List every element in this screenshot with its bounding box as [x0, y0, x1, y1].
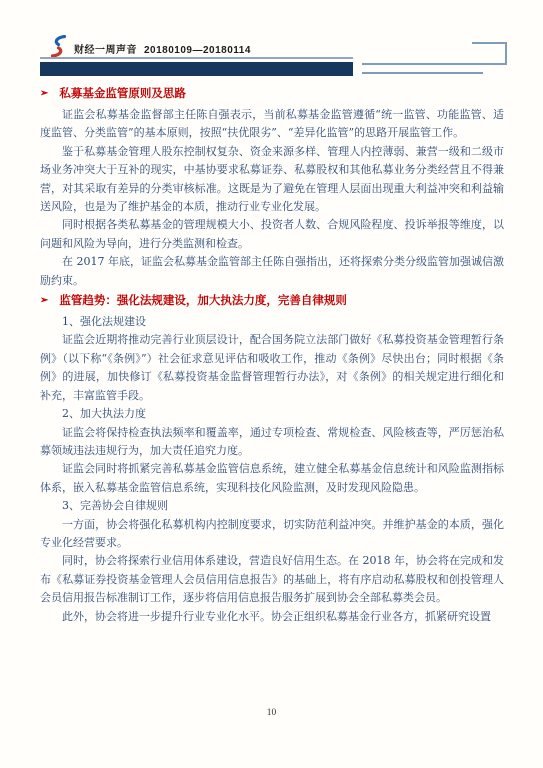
header-rule [40, 57, 353, 59]
section-heading-text: 监管趋势：强化法规建设，加大执法力度，完善自律规则 [59, 291, 347, 310]
arrow-bullet-icon: ➢ [40, 84, 48, 103]
paragraph: 一方面，协会将强化私募机构内控制度要求，切实防范利益冲突。并维护基金的本质，强化… [40, 516, 504, 553]
brand-s-logo-icon [48, 35, 68, 58]
paragraph: 鉴于私募基金管理人股东控制权复杂、资金来源多样、管理人内控薄弱、兼营一级和二级市… [40, 143, 504, 217]
arrow-bullet-icon: ➢ [40, 291, 48, 310]
section-heading-text: 私募基金监管原则及思路 [59, 84, 186, 103]
decor-line-mid [362, 63, 507, 65]
section-heading: ➢ 私募基金监管原则及思路 [40, 84, 504, 104]
document-body: ➢ 私募基金监管原则及思路 证监会私募基金监督部主任陈自强表示，当前私募基金监管… [40, 83, 504, 705]
issue-date-range: 20180109—20180114 [144, 45, 251, 56]
paragraph: 证监会将保持检查执法频率和覆盖率，通过专项检查、常规检查、风险核查等，严厉惩治私… [40, 424, 504, 461]
header-navy-bar [40, 62, 353, 76]
header: 财经一周声音 20180109—20180114 [48, 34, 251, 58]
paragraph: 此外，协会将进一步提升行业专业化水平。协会正组织私募基金行业各方，抓紧研究设置 [40, 608, 504, 626]
brand-name: 财经一周声音 [74, 41, 137, 56]
decor-line-top [472, 42, 507, 44]
paragraph: 同时根据各类私募基金的管理规模大小、投资者人数、合规风险程度、投诉举报等维度，以… [40, 216, 504, 253]
numbered-subheading: 1、强化法规建设 [40, 313, 504, 331]
document-page: 财经一周声音 20180109—20180114 ➢ 私募基金监管原则及思路 证… [0, 0, 543, 768]
decor-line-low [362, 72, 483, 74]
paragraph: 证监会同时将抓紧完善私募基金监管信息系统，建立健全私募基金信息统计和风险监测指标… [40, 460, 504, 497]
numbered-subheading: 2、加大执法力度 [40, 405, 504, 423]
paragraph: 证监会私募基金监督部主任陈自强表示，当前私募基金监管遵循“统一监管、功能监管、适… [40, 106, 504, 143]
paragraph: 同时，协会将探索行业信用体系建设，营造良好信用生态。在 2018 年，协会将在完… [40, 552, 504, 607]
section-heading: ➢ 监管趋势：强化法规建设，加大执法力度，完善自律规则 [40, 291, 504, 311]
numbered-subheading: 3、完善协会自律规则 [40, 497, 504, 515]
paragraph: 证监会近期将推动完善行业顶层设计，配合国务院立法部门做好《私募投资基金管理暂行条… [40, 331, 504, 405]
page-number: 10 [0, 708, 543, 718]
decor-line-right [505, 42, 507, 65]
paragraph: 在 2017 年底，证监会私募基金监管部主任陈自强指出，还将探索分类分级监管加强… [40, 253, 504, 290]
header-title: 财经一周声音 20180109—20180114 [74, 41, 251, 58]
